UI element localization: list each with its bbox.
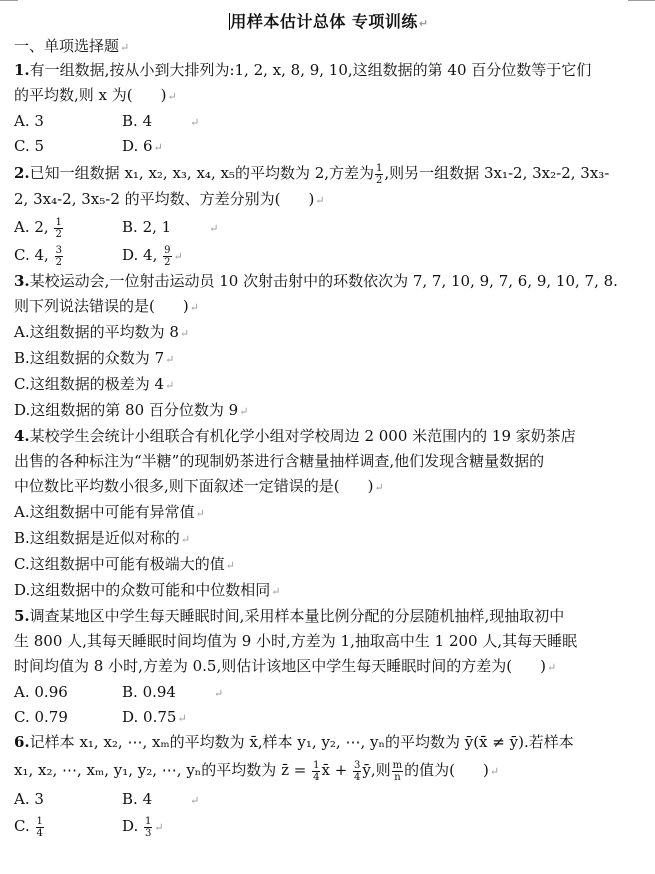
fraction: 32 (55, 245, 63, 268)
option-c: C.这组数据的极差为 4↵ (14, 372, 644, 398)
paragraph-mark-icon: ↵ (167, 90, 176, 103)
question-4: 4.某校学生会统计小组联合有机化学小组对学校周边 2 000 米范围内的 19 … (14, 424, 644, 604)
option-d: D. 6↵ (122, 134, 230, 159)
options-row: A. 3 B. 4↵ (14, 787, 644, 812)
fraction: 12 (54, 217, 62, 240)
paragraph-mark-icon: ↵ (165, 353, 174, 366)
option-c: C. 14 (14, 812, 122, 840)
fraction: 14 (312, 760, 320, 783)
question-number: 1. (14, 61, 30, 79)
paragraph-mark-icon: ↵ (271, 585, 280, 598)
question-3: 3.某校运动会,一位射击运动员 10 次射击射中的环数依次为 7, 7, 10,… (14, 269, 644, 424)
question-6: 6.记样本 x₁, x₂, ⋯, xₘ的平均数为 x̄,样本 y₁, y₂, ⋯… (14, 730, 644, 840)
paragraph-mark-icon: ↵ (196, 507, 205, 520)
paragraph-mark-icon: ↵ (374, 481, 383, 494)
question-number: 5. (14, 607, 30, 625)
page-corner-mark-left (0, 0, 18, 1)
option-d: D.这组数据中的众数可能和中位数相同↵ (14, 578, 644, 604)
paragraph-mark-icon: ↵ (180, 327, 189, 340)
paragraph-mark-icon: ↵ (226, 559, 235, 572)
option-d: D. 4, 92↵ (122, 241, 230, 269)
option-a: A.这组数据中可能有异常值↵ (14, 500, 644, 526)
option-a: A.这组数据的平均数为 8↵ (14, 320, 644, 346)
paragraph-mark-icon: ↵ (190, 794, 199, 807)
option-c: C.这组数据中可能有极端大的值↵ (14, 552, 644, 578)
option-a: A. 3 (14, 787, 122, 812)
option-c: C. 4, 32 (14, 241, 122, 269)
paragraph-mark-icon: ↵ (154, 821, 163, 834)
question-5: 5.调查某地区中学生每天睡眠时间,采用样本量比例分配的分层随机抽样,现抽取初中 … (14, 604, 644, 730)
paragraph-mark-icon: ↵ (174, 250, 183, 263)
document-title[interactable]: 用样本估计总体 专项训练↵ (14, 10, 644, 34)
options-row: C. 5 D. 6↵ (14, 134, 644, 159)
paragraph-mark-icon: ↵ (239, 405, 248, 418)
paragraph-mark-icon: ↵ (209, 222, 218, 235)
fraction: mn (392, 760, 403, 783)
paragraph-mark-icon: ↵ (315, 194, 324, 207)
paragraph-mark-icon: ↵ (490, 765, 499, 778)
question-1: 1.有一组数据,按从小到大排列为:1, 2, x, 8, 9, 10,这组数据的… (14, 58, 644, 159)
fraction: 34 (353, 760, 361, 783)
option-b: B. 4↵ (122, 787, 230, 812)
option-b: B.这组数据是近似对称的↵ (14, 526, 644, 552)
option-b: B. 4↵ (122, 109, 230, 134)
option-d: D.这组数据的第 80 百分位数为 9↵ (14, 398, 644, 424)
paragraph-mark-icon: ↵ (214, 687, 223, 700)
paragraph-mark-icon: ↵ (419, 17, 429, 30)
option-c: C. 0.79 (14, 705, 122, 730)
question-number: 6. (14, 733, 30, 751)
question-text: 有一组数据,按从小到大排列为:1, 2, x, 8, 9, 10,这组数据的第 … (30, 61, 592, 79)
paragraph-mark-icon: ↵ (177, 712, 186, 725)
paragraph-mark-icon: ↵ (190, 301, 199, 314)
options-row: A. 0.96 B. 0.94↵ (14, 680, 644, 705)
option-a: A. 0.96 (14, 680, 122, 705)
option-b: B. 0.94↵ (122, 680, 230, 705)
options-row: A. 2, 12 B. 2, 1↵ (14, 213, 644, 241)
fraction: 92 (163, 245, 171, 268)
option-a: A. 3 (14, 109, 122, 134)
paragraph-mark-icon: ↵ (181, 533, 190, 546)
paragraph-mark-icon: ↵ (154, 141, 163, 154)
option-b: B.这组数据的众数为 7↵ (14, 346, 644, 372)
fraction: 12 (375, 163, 383, 186)
question-text: 的平均数,则 x 为( (14, 86, 133, 104)
paragraph-mark-icon: ↵ (120, 41, 129, 54)
options-row: C. 4, 32 D. 4, 92↵ (14, 241, 644, 269)
option-d: D. 13↵ (122, 812, 230, 840)
fraction: 14 (36, 816, 44, 839)
question-number: 2. (14, 164, 30, 182)
option-d: D. 0.75↵ (122, 705, 230, 730)
fraction: 13 (144, 816, 152, 839)
section-heading: 一、单项选择题↵ (14, 34, 644, 58)
option-b: B. 2, 1↵ (122, 213, 230, 241)
page-corner-mark-right (628, 0, 655, 1)
options-row: C. 0.79 D. 0.75↵ (14, 705, 644, 730)
document-page: 用样本估计总体 专项训练↵ 一、单项选择题↵ 1.有一组数据,按从小到大排列为:… (14, 10, 644, 840)
options-row: C. 14 D. 13↵ (14, 812, 644, 840)
question-2: 2.已知一组数据 x₁, x₂, x₃, x₄, x₅的平均数为 2,方差为12… (14, 159, 644, 269)
paragraph-mark-icon: ↵ (547, 661, 556, 674)
option-a: A. 2, 12 (14, 213, 122, 241)
option-c: C. 5 (14, 134, 122, 159)
paragraph-mark-icon: ↵ (190, 116, 199, 129)
options-row: A. 3 B. 4↵ (14, 109, 644, 134)
question-number: 4. (14, 427, 30, 445)
paragraph-mark-icon: ↵ (165, 379, 174, 392)
question-number: 3. (14, 272, 30, 290)
